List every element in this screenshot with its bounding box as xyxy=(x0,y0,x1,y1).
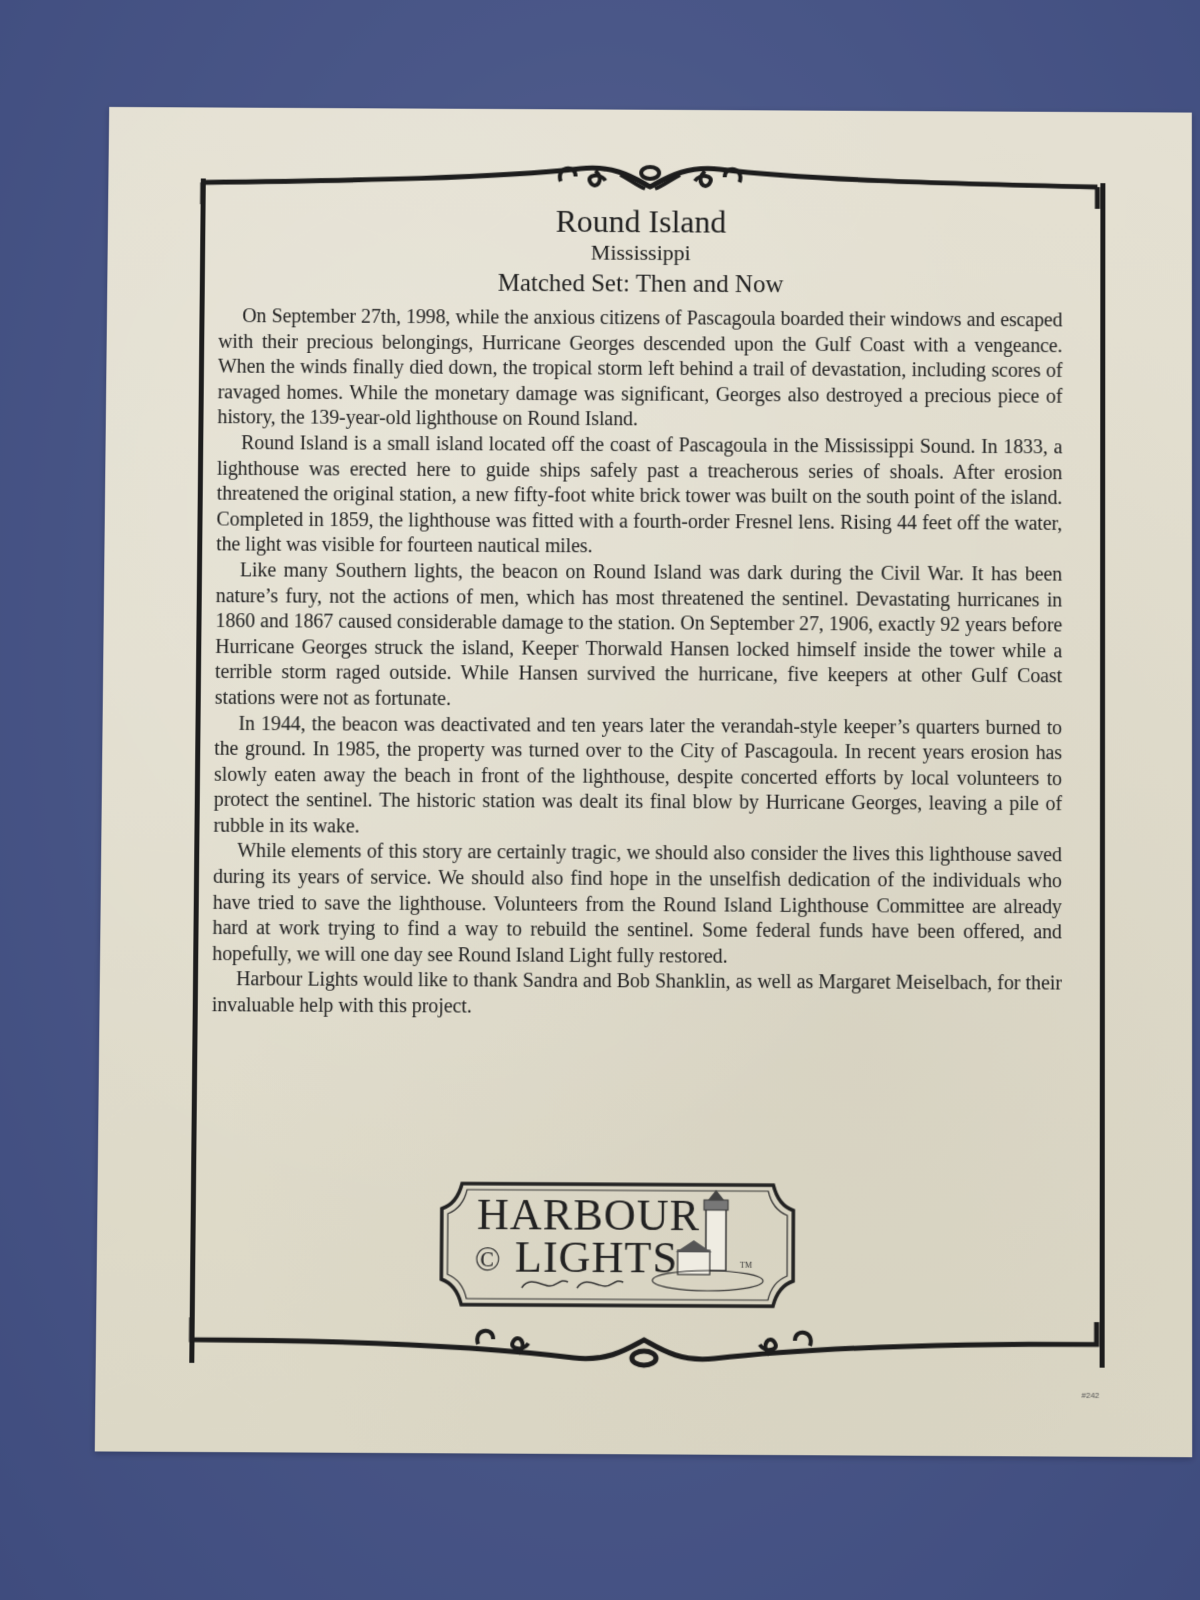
document-subtitle: Matched Set: Then and Now xyxy=(219,265,1063,305)
paragraph-3: Like many Southern lights, the beacon on… xyxy=(215,558,1063,715)
paragraph-5: While elements of this story are certain… xyxy=(212,839,1062,972)
item-number: #242 xyxy=(1081,1391,1099,1400)
logo-line-2: LIGHTS xyxy=(515,1231,679,1283)
paragraph-1: On September 27th, 1998, while the anxio… xyxy=(217,304,1062,435)
bottom-scroll-ornament xyxy=(156,1317,1132,1373)
paragraph-6: Harbour Lights would like to thank Sandr… xyxy=(212,967,1062,1023)
harbour-lights-logo: HARBOUR © LIGHTS TM xyxy=(436,1178,798,1311)
logo-copyright: © xyxy=(475,1241,501,1279)
paragraph-2: Round Island is a small island located o… xyxy=(216,431,1062,563)
document-title: Round Island xyxy=(219,201,1062,241)
document-content: Round Island Mississippi Matched Set: Th… xyxy=(212,201,1063,1023)
logo-trademark: TM xyxy=(740,1261,752,1270)
document-sheet: Round Island Mississippi Matched Set: Th… xyxy=(95,107,1192,1457)
document-state: Mississippi xyxy=(219,237,1063,269)
paragraph-4: In 1944, the beacon was deactivated and … xyxy=(213,711,1062,843)
